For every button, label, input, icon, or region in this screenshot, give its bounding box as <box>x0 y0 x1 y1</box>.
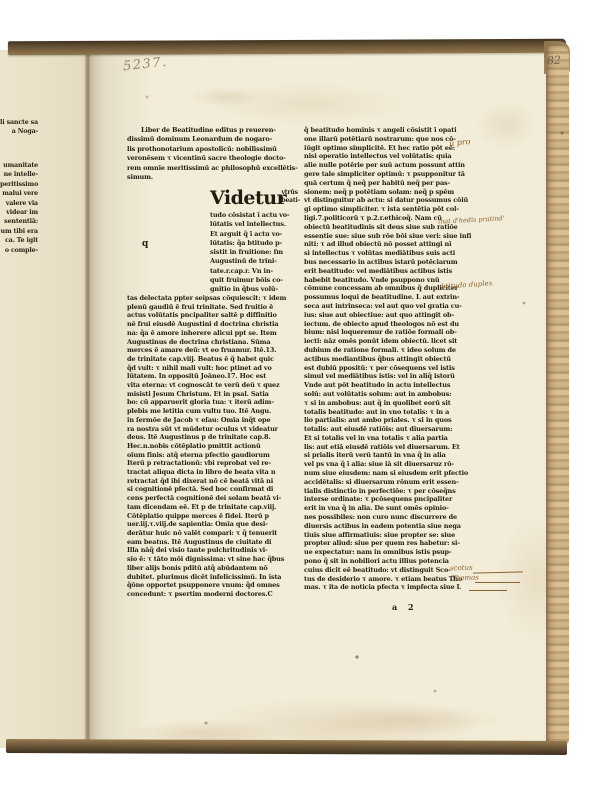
text-line: ra nostra sūt vt mūdetur oculus vt videa… <box>127 425 299 434</box>
binding-top-edge <box>8 39 566 55</box>
text-line: retractat q̃d ibi dixerat nō cē beatā vi… <box>127 477 299 486</box>
incipit-header-last-line: simum. <box>127 173 153 181</box>
text-line: diuersis actibus in eadem potentia siue … <box>304 522 472 531</box>
text-line: bo: cū apparuerit gloria tua: τ iterū ad… <box>127 398 299 407</box>
text-line: de trinitate cap.viij. Beatus ē q̃ habet… <box>127 355 299 364</box>
text-line: derātur huic nō valēt compari: τ q̃ tenu… <box>127 529 299 538</box>
text-line: nes possibiles: non curo nunc discurrere… <box>304 513 472 522</box>
text-line: liber alijs bonis pditū atq̃ abūdantem n… <box>127 564 299 573</box>
text-line: iūgit optimo simplicitē. Et hec ratio pō… <box>304 144 472 153</box>
text-line: dissimū dominum Leonardum de nogaro- <box>127 135 297 144</box>
text-line: sionem: neq̃ p potētiam solam: neq̃ p sp… <box>304 188 472 197</box>
text-line: Augustinū de trini- <box>210 257 298 266</box>
text-line: misisti Jesum Christum. Et in psal. Sati… <box>127 390 299 399</box>
text-line: lūtatis: q̃a btitudo p- <box>210 239 298 248</box>
text-line: τ si in ambobus: aut q̃ in quolibet eorū… <box>304 399 472 408</box>
text-line: Cōtēplatio quippe merces ē fidei. Iterū … <box>127 512 299 521</box>
facing-page-text-fragment-body: umanitatene intelle-peritissimomalui ver… <box>0 161 38 255</box>
text-line: ca. Te igit <box>0 236 38 245</box>
text-line: q̃ beatitudo hominis τ angeli cōsistit ī… <box>304 126 472 135</box>
text-line: rem omnīe meritissimū ac philosophū exce… <box>127 164 297 173</box>
text-line: totalis beatitudo: aut in vno totalis: τ… <box>304 408 472 417</box>
text-line: uer.iij.τ.viij.de sapientia: Omīa que de… <box>127 520 299 529</box>
text-line: propter aliud: siue per quem res habetur… <box>304 539 472 548</box>
text-line: dubitet. plurimus dicēt infelicissimū. I… <box>127 573 299 582</box>
text-line: a Noga- <box>0 127 38 136</box>
text-line: nisi operatio intellectus vel volūtatis:… <box>304 152 472 161</box>
text-line: tus de desiderio τ amore. τ etiam beatus… <box>304 575 472 584</box>
text-line: est dubiū ppositū: τ per cōsequens vel i… <box>304 364 472 373</box>
left-column-text: tas delectata ppter seipsas cōquiescit: … <box>127 294 299 602</box>
chapter-opening-first-line: Videtur vtrūsbeati- <box>210 188 298 209</box>
text-line: vt distinguitur ab actu: si datur possum… <box>304 196 472 205</box>
text-line: peritissimo <box>0 180 38 189</box>
text-line: plebis me letitia cum vultu tuo. Itē Aug… <box>127 407 299 416</box>
facing-page-text-fragment-top: li sancte saa Noga- <box>0 118 38 137</box>
text-line: vtrūs <box>281 189 300 197</box>
text-line: erit in vna q̃ in alia. De sunt omēs opi… <box>304 504 472 513</box>
gutter-shadow <box>84 52 90 746</box>
text-line: umanitate <box>0 161 38 170</box>
text-line: num siue eiusdem: nam si eiusdem erit pf… <box>304 469 472 478</box>
text-line: bus necessario in actibus istarū potēcia… <box>304 258 472 267</box>
text-line: ue expectatur: nam in omnibus istis psup… <box>304 548 472 557</box>
text-line: na: q̃a ē amore inherere alicui ppt se. … <box>127 329 299 338</box>
text-line: niti: τ ad illud obiectū nō posset attin… <box>304 240 472 249</box>
text-line: lis prothonotarium apostolicū: nobilissi… <box>127 145 297 154</box>
chapter-opening-small-words: vtrūsbeati- <box>281 189 300 204</box>
text-line: bium: nisi loqueremur de ratiōe formali … <box>304 328 472 337</box>
text-line: mas. τ ita de noticia pfecta τ impfecta … <box>304 583 472 592</box>
text-line: concedunt: τ psertim moderni doctores.C <box>127 590 299 599</box>
text-line: lūtatis vel intellectus. <box>210 220 298 229</box>
text-line: one illarū potētiarū nostrarum: que nos … <box>304 135 472 144</box>
text-line: quit fruimur bōis co- <box>210 276 298 285</box>
text-line: um tibi era <box>0 227 38 236</box>
text-line: tate.r.cap.r. Vn in- <box>210 267 298 276</box>
text-line: essentie sue: siue sub rōe bōi siue veri… <box>304 232 472 241</box>
text-line: cuius dicit eē beatitudo: vt distinguit … <box>304 566 472 575</box>
printed-guide-letter: q <box>142 239 148 249</box>
text-line: si intellectus τ volūtas mediātibus suis… <box>304 249 472 258</box>
margin-note-underline <box>475 582 520 583</box>
text-line: possumus loqui de beatitudine. L aut ext… <box>304 293 472 302</box>
text-line: lis: aut etiā eiusdē ratiōis vel diuersa… <box>304 443 472 452</box>
margin-note-underline <box>469 590 507 591</box>
text-line: interse ordinate: τ pcōsequens pncipalit… <box>304 495 472 504</box>
text-line: tam dicendam eē. Et p de trinitate cap.v… <box>127 503 299 512</box>
chapter-opening-narrow-lines: tudo cōsistat ī actu vo-lūtatis vel inte… <box>210 211 298 295</box>
text-block-fore-edge <box>546 46 569 746</box>
handwritten-folio-number: 82 <box>547 54 562 68</box>
text-line: quā certum q̃ neq̃ per habitū neq̃ per p… <box>304 179 472 188</box>
text-line: ius: siue aut obiectiue: aut quo attingi… <box>304 311 472 320</box>
text-line: solū: aut volūtatis solum: aut in ambobu… <box>304 390 472 399</box>
text-line: gere tale simpliciter optimū: τ psupponi… <box>304 170 472 179</box>
text-line: Vnde aut pōt beatitudo in actu intellect… <box>304 381 472 390</box>
text-line: deus. Itē Augustinus p de trinitate cap.… <box>127 433 299 442</box>
text-line: Illa nāq̃ dei visio tante pulchritudinis… <box>127 546 299 555</box>
text-line: eam beatus. Itē Augustinus de ciuitate d… <box>127 538 299 547</box>
text-line: alie nulle potērie per suū actum possunt… <box>304 161 472 170</box>
text-line: Iterū p retractationū: vbi reprobat vel … <box>127 459 299 468</box>
text-line: tialis distinctio in perfectiōe: τ per c… <box>304 487 472 496</box>
text-line: tractat aliqua dicta in libro de beata v… <box>127 468 299 477</box>
text-line: beati- <box>281 197 300 205</box>
text-line: li sancte sa <box>0 118 38 127</box>
margin-note-scotus: scotus <box>450 564 473 573</box>
text-line: seca aut intrinseca: vel aut quo vel gra… <box>304 302 472 311</box>
text-line: dubium de ratione formali. τ ideo solum … <box>304 346 472 355</box>
text-line: merces ē amare deū: vt eo fruamur. Itē.1… <box>127 346 299 355</box>
text-line: vita eterna: vt cognoscāt te verū deū τ … <box>127 381 299 390</box>
text-line: sententiā: <box>0 217 38 226</box>
text-line: videar im <box>0 208 38 217</box>
text-line: Et arguit q̃ ī actu vo- <box>210 230 298 239</box>
text-line: nē frui eiusdē Augustini d doctrina chri… <box>127 320 299 329</box>
text-line: sistit in fruitione: ſm <box>210 248 298 257</box>
text-line: q̃ōne opportet psupponere vnum: q̃d omne… <box>127 581 299 590</box>
text-line: vel ps vna q̃ ī alia: siue iā sit diuers… <box>304 460 472 469</box>
text-line: erit beatitudo: vel mediātibus actibus i… <box>304 267 472 276</box>
text-line: tas delectata ppter seipsas cōquiescit: … <box>127 294 299 303</box>
binding-bottom-edge <box>6 739 567 755</box>
text-line: iecti: nāz omēs ponūt idem obiectū. lice… <box>304 337 472 346</box>
text-line: Hec.n.nobis cōtēplatio pmittit actionū <box>127 442 299 451</box>
text-line: actibus mediantibus q̃bus attingit obiec… <box>304 355 472 364</box>
text-line: sio ē: τ tāto mōi dignissima: vt sine ha… <box>127 555 299 564</box>
text-line: tiuis siue affirmatiuis: siue propter se… <box>304 531 472 540</box>
text-line: cens perfectā cognitionē dei solam beatā… <box>127 494 299 503</box>
signature-mark: a 2 <box>392 602 418 612</box>
right-column-text: q̃ beatitudo hominis τ angeli cōsistit ī… <box>304 126 472 594</box>
text-line: Augustinus de doctrina christiana. Sūma <box>127 338 299 347</box>
text-line: totalis: aut eiusdē ratiōis: aut diuersa… <box>304 425 472 434</box>
text-line: plenū gaudiū ē frui trinitate. Sed fruit… <box>127 303 299 312</box>
text-line: Liber de Beatitudine editus p reueren- <box>127 126 297 135</box>
display-initial-word: Videtur <box>210 187 286 209</box>
text-line: gi optimo simpliciter. τ ista sentētia p… <box>304 205 472 214</box>
text-line: tudo cōsistat ī actu vo- <box>210 211 298 220</box>
text-line: Et si totalis vel in vna totalis τ alia … <box>304 434 472 443</box>
text-line: accidētalis: si diuersarum rōnum erit es… <box>304 478 472 487</box>
text-line: actus volūtatis pncipaliter saltē p diff… <box>127 311 299 320</box>
text-line: veronēsem τ vicentinū sacre theologie do… <box>127 154 297 163</box>
text-line: iectum. de obiecto apud theologos nō est… <box>304 320 472 329</box>
text-line: o comple- <box>0 246 38 255</box>
text-line: lūtatem. In oppositū Joāneo.17. Hoc est <box>127 372 299 381</box>
text-line: pono q̃ sit in nobiliori actu illius pot… <box>304 557 472 566</box>
text-line: q̃d vult: τ nihil mali vult: hoc ptinet … <box>127 364 299 373</box>
text-line: si prialis iterū verū tantū in vna q̃ in… <box>304 451 472 460</box>
text-line: in ſermōe de Jacob τ eſau: Omīa inq̃t op… <box>127 416 299 425</box>
paper-speckles <box>0 0 2 2</box>
text-line: malui vere <box>0 189 38 198</box>
text-line: si cognitionē pfectā. Sed hoc confirmat … <box>127 485 299 494</box>
text-line: simul vel mediātibus istis: vel in aliq̃… <box>304 372 472 381</box>
text-line: valere via <box>0 199 38 208</box>
chapter-opening: Videtur vtrūsbeati- tudo cōsistat ī actu… <box>210 188 298 295</box>
text-line: oīum finis: atq̃ eterna pfectio gaudioru… <box>127 451 299 460</box>
book-photograph: li sancte saa Noga- umanitatene intelle-… <box>0 0 600 800</box>
text-line: ne intelle- <box>0 170 38 179</box>
incipit-header: Liber de Beatitudine editus p reueren-di… <box>127 126 297 173</box>
facing-page-edge <box>0 50 90 748</box>
text-line: lio partialis: aut ambo priales. τ si in… <box>304 416 472 425</box>
